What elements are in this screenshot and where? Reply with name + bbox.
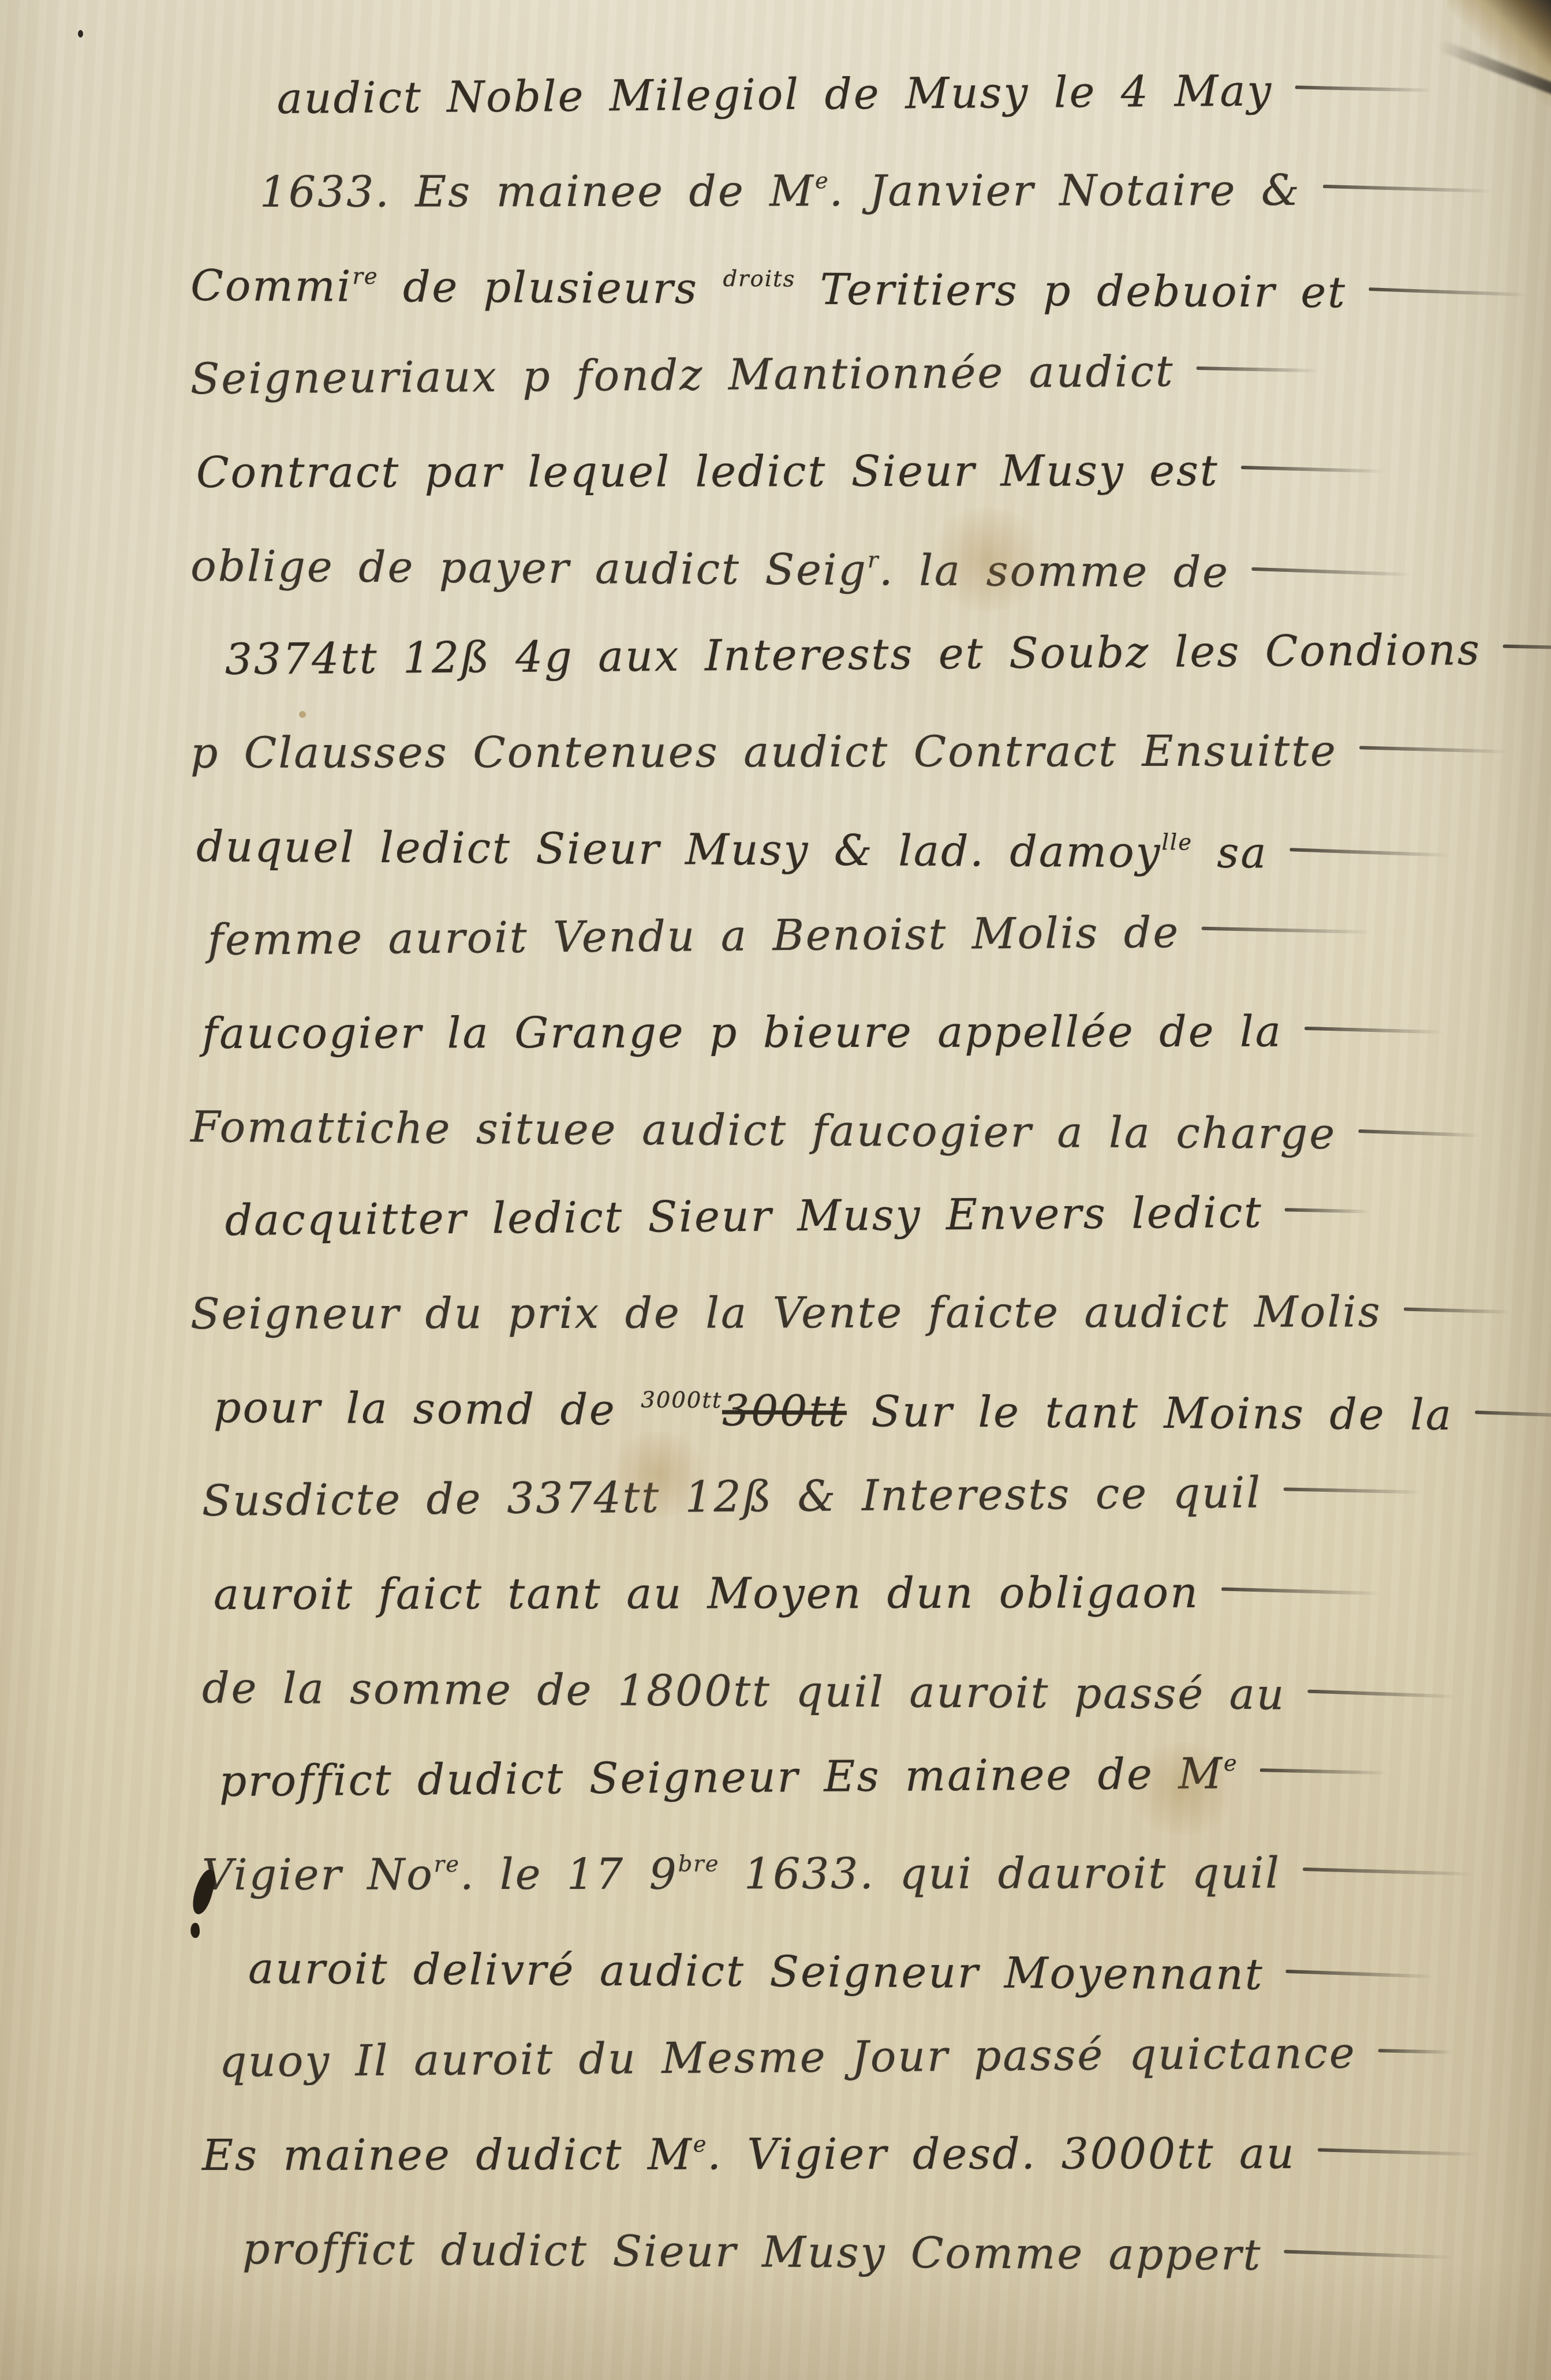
text-line: Seigneur du prix de la Vente faicte audi…	[190, 1287, 1551, 1383]
superscript-text: droits	[723, 266, 795, 293]
line-text: audict Noble Milegiol de Musy le 4 May	[276, 66, 1273, 124]
line-filler-dash	[1284, 1487, 1434, 1494]
line-filler-dash	[1503, 645, 1551, 652]
text-line: Susdicte de 3374tt 12ß & Interests ce qu…	[201, 1466, 1551, 1570]
text-line: quoy Il auroit du Mesme Jour passé quict…	[219, 2027, 1551, 2131]
line-filler-dash	[1202, 927, 1386, 934]
line-text: proffict dudict Seigneur Es mainee de M	[219, 1749, 1224, 1806]
text-line: dacquitter ledict Sieur Musy Envers ledi…	[225, 1185, 1551, 1289]
line-text: Fomattiche situee audict faucogier a la …	[190, 1102, 1336, 1159]
line-filler-dash	[1241, 466, 1397, 474]
line-text: oblige de payer audict Seig	[190, 541, 868, 595]
line-filler-dash	[1290, 848, 1463, 858]
line-text: Sur le tant Moins de la	[847, 1387, 1453, 1440]
line-filler-dash	[1307, 1690, 1469, 1699]
text-block: audict Noble Milegiol de Musy le 4 May16…	[0, 0, 1551, 2318]
line-text: 1633. qui dauroit quil	[719, 1848, 1281, 1899]
stain	[1126, 1743, 1241, 1835]
line-text: de plusieurs	[378, 262, 723, 314]
line-filler-dash	[1285, 1208, 1377, 1213]
line-text: Es mainee dudict M	[202, 2130, 693, 2180]
line-text: auroit faict tant au Moyen dun obligaon	[214, 1568, 1199, 1619]
text-line: p Clausses Contenues audict Contract Ens…	[190, 726, 1551, 822]
line-text: Seigneuriaux p fondz Mantionnée audict	[190, 347, 1175, 404]
line-text: sa	[1193, 828, 1268, 878]
line-text: Commi	[190, 261, 353, 312]
text-line: auroit faict tant au Moyen dun obligaon	[214, 1567, 1551, 1663]
line-text: de la somme de 1800tt quil auroit passé …	[202, 1663, 1286, 1719]
line-text: p Clausses Contenues audict Contract Ens…	[190, 727, 1337, 778]
text-line: audict Noble Milegiol de Musy le 4 May	[276, 64, 1551, 167]
line-filler-dash	[1303, 1868, 1488, 1876]
superscript-text: e	[693, 2131, 708, 2157]
line-filler-dash	[1404, 1307, 1519, 1314]
text-line: proffict dudict Seigneur Es mainee de Me	[219, 1746, 1551, 1850]
line-filler-dash	[1197, 366, 1329, 373]
manuscript-photo: { "page": { "paper_color": "#ded4b8", "i…	[0, 0, 1551, 2380]
line-filler-dash	[1475, 1410, 1551, 1419]
line-text: quoy Il auroit du Mesme Jour passé quict…	[219, 2029, 1356, 2087]
line-text: pour la somd de	[214, 1383, 641, 1435]
superscript-text: 3000tt	[641, 1387, 722, 1414]
text-line: faucogier la Grange p bieure appellée de…	[202, 1006, 1551, 1102]
line-filler-dash	[1358, 1129, 1491, 1137]
line-text: femme auroit Vendu a Benoist Molis de	[207, 908, 1180, 965]
stain	[924, 508, 1051, 612]
line-text: Contract par lequel ledict Sieur Musy es…	[196, 446, 1219, 497]
line-filler-dash	[1221, 1588, 1395, 1596]
text-line: Vigier Nore. le 17 9bre 1633. qui dauroi…	[202, 1848, 1551, 1944]
superscript-text: bre	[678, 1851, 720, 1877]
superscript-text: lle	[1161, 829, 1193, 855]
line-filler-dash	[1286, 1970, 1448, 1979]
stain-dot	[299, 711, 306, 718]
line-filler-dash	[1359, 746, 1521, 754]
text-line: Es mainee dudict Me. Vigier desd. 3000tt…	[202, 2128, 1551, 2224]
line-filler-dash	[1260, 1768, 1399, 1775]
superscript-text: r	[868, 547, 880, 573]
line-text: proffict dudict Sieur Musy Comme appert	[242, 2224, 1262, 2280]
line-text: . Janvier Notaire &	[829, 166, 1301, 216]
line-text: dacquitter ledict Sieur Musy Envers ledi…	[225, 1188, 1263, 1245]
line-filler-dash	[1369, 287, 1542, 297]
text-line: 1633. Es mainee de Me. Janvier Notaire &	[260, 165, 1551, 261]
line-filler-dash	[1378, 2049, 1459, 2054]
line-text: auroit delivré audict Seigneur Moyennant	[248, 1944, 1264, 2000]
line-filler-dash	[1295, 85, 1445, 92]
struck-text: 300tt	[722, 1386, 847, 1436]
line-text: Teritiers p debuoir et	[795, 264, 1347, 317]
text-line: femme auroit Vendu a Benoist Molis de	[207, 905, 1551, 1009]
text-line: proffict dudict Sieur Musy Comme appert	[242, 2224, 1551, 2326]
line-text: duquel ledict Sieur Musy & lad. damoy	[196, 822, 1162, 877]
text-line: Seigneuriaux p fondz Mantionnée audict	[190, 343, 1551, 448]
manuscript-page: audict Noble Milegiol de Musy le 4 May16…	[0, 0, 1551, 2380]
line-filler-dash	[1251, 567, 1425, 577]
line-text: Susdicte de 3374tt 12ß & Interests ce qu…	[201, 1468, 1262, 1526]
line-text: . Vigier desd. 3000tt au	[707, 2129, 1295, 2180]
superscript-text: re	[352, 264, 378, 290]
line-text: Seigneur du prix de la Vente faicte audi…	[190, 1287, 1382, 1339]
line-text: Vigier No	[202, 1850, 434, 1900]
line-filler-dash	[1284, 2250, 1468, 2259]
superscript-text: e	[815, 168, 829, 194]
line-filler-dash	[1305, 1027, 1455, 1034]
stain	[606, 1431, 710, 1518]
ink-speck	[78, 30, 83, 38]
line-filler-dash	[1323, 185, 1508, 193]
line-filler-dash	[1318, 2148, 1491, 2156]
line-text: . le 17 9	[460, 1850, 678, 1900]
superscript-text: re	[434, 1851, 460, 1877]
line-text: faucogier la Grange p bieure appellée de…	[202, 1007, 1283, 1058]
text-line: 3374tt 12ß 4g aux Interests et Soubz les…	[225, 624, 1551, 728]
line-text: 3374tt 12ß 4g aux Interests et Soubz les…	[225, 625, 1481, 684]
line-text: 1633. Es mainee de M	[260, 166, 815, 217]
text-line: Contract par lequel ledict Sieur Musy es…	[196, 446, 1551, 541]
